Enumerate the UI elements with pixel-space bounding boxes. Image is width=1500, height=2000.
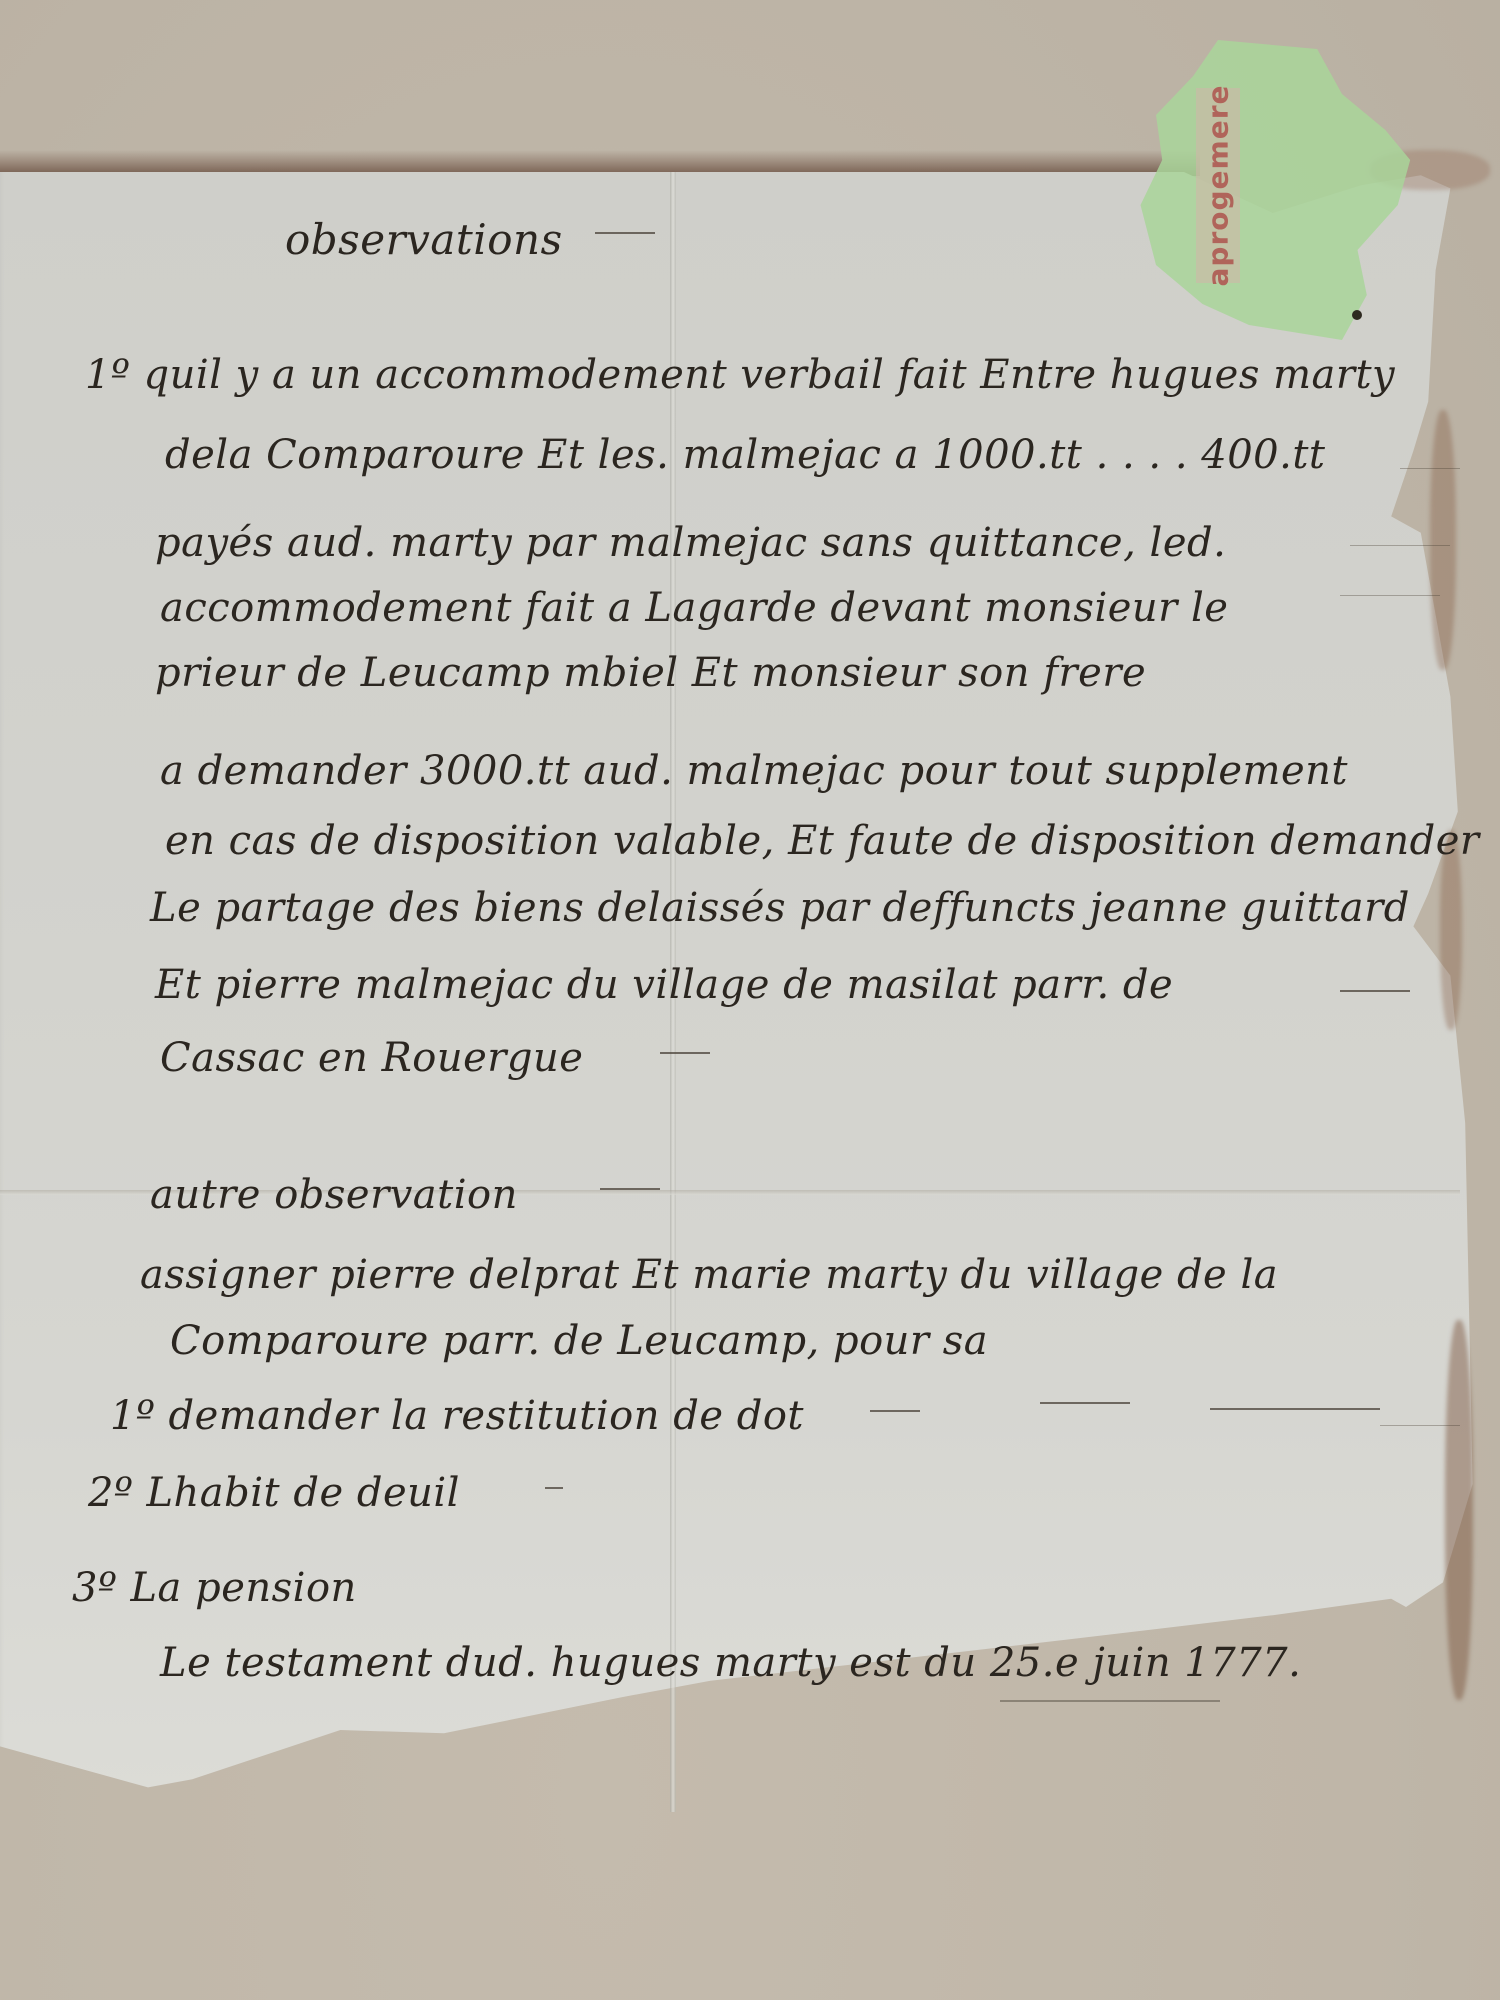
observation-line-9: Et pierre malmejac du village de masilat… (155, 962, 1173, 1008)
item-text: demander la restitution de dot (168, 1393, 804, 1439)
item-number: 3º (72, 1565, 117, 1611)
assignment-line-1: assigner pierre delprat Et marie marty d… (140, 1252, 1278, 1298)
item-3: 3º La pension (72, 1565, 357, 1611)
document-title: observations (285, 215, 563, 264)
item-dash (1040, 1402, 1130, 1404)
item-dash (870, 1410, 920, 1412)
observation-line-3: payés aud. marty par malmejac sans quitt… (155, 520, 1226, 566)
item-2: 2º Lhabit de deuil (88, 1470, 460, 1516)
edge-stain (1430, 410, 1456, 670)
autre-observation-heading: autre observation (150, 1172, 518, 1218)
line-end-dash (1340, 990, 1410, 992)
item-dash (1210, 1408, 1380, 1410)
observation-line-7: en cas de disposition valable, Et faute … (165, 818, 1480, 864)
edge-stain (1445, 1320, 1473, 1700)
ruled-line (1350, 545, 1450, 546)
date-underline (1000, 1700, 1220, 1702)
testament-date-line: Le testament dud. hugues marty est du 25… (160, 1640, 1301, 1686)
ruled-line (1380, 1425, 1460, 1426)
observation-line-4: accommodement fait a Lagarde devant mons… (160, 585, 1228, 631)
item-text: Lhabit de deuil (146, 1470, 459, 1516)
item-dash (545, 1487, 563, 1489)
ruled-line (1340, 595, 1440, 596)
line-end-dash (660, 1052, 710, 1054)
watermark-label: aprogemere (1196, 88, 1240, 283)
observation-line-1: 1º quil y a un accommodement verbail fai… (85, 352, 1395, 398)
item-text: La pension (130, 1565, 356, 1611)
observation-line-2: dela Comparoure Et les. malmejac a 1000.… (165, 432, 1326, 478)
observation-line-5: prieur de Leucamp mbiel Et monsieur son … (155, 650, 1146, 696)
title-dash (595, 232, 655, 234)
observation-line-10: Cassac en Rouergue (160, 1035, 583, 1081)
watermark-text: aprogemere (1202, 85, 1235, 287)
assignment-line-2: Comparoure parr. de Leucamp, pour sa (170, 1318, 988, 1364)
observation-line-6: a demander 3000.tt aud. malmejac pour to… (160, 748, 1348, 794)
item-1: 1º demander la restitution de dot (110, 1393, 804, 1439)
item-number: 2º (88, 1470, 133, 1516)
ink-blot (1352, 310, 1362, 320)
observation-line-8: Le partage des biens delaissés par deffu… (150, 885, 1410, 931)
ruled-line (1400, 468, 1460, 469)
heading-dash (600, 1188, 660, 1190)
item-number: 1º (110, 1393, 155, 1439)
